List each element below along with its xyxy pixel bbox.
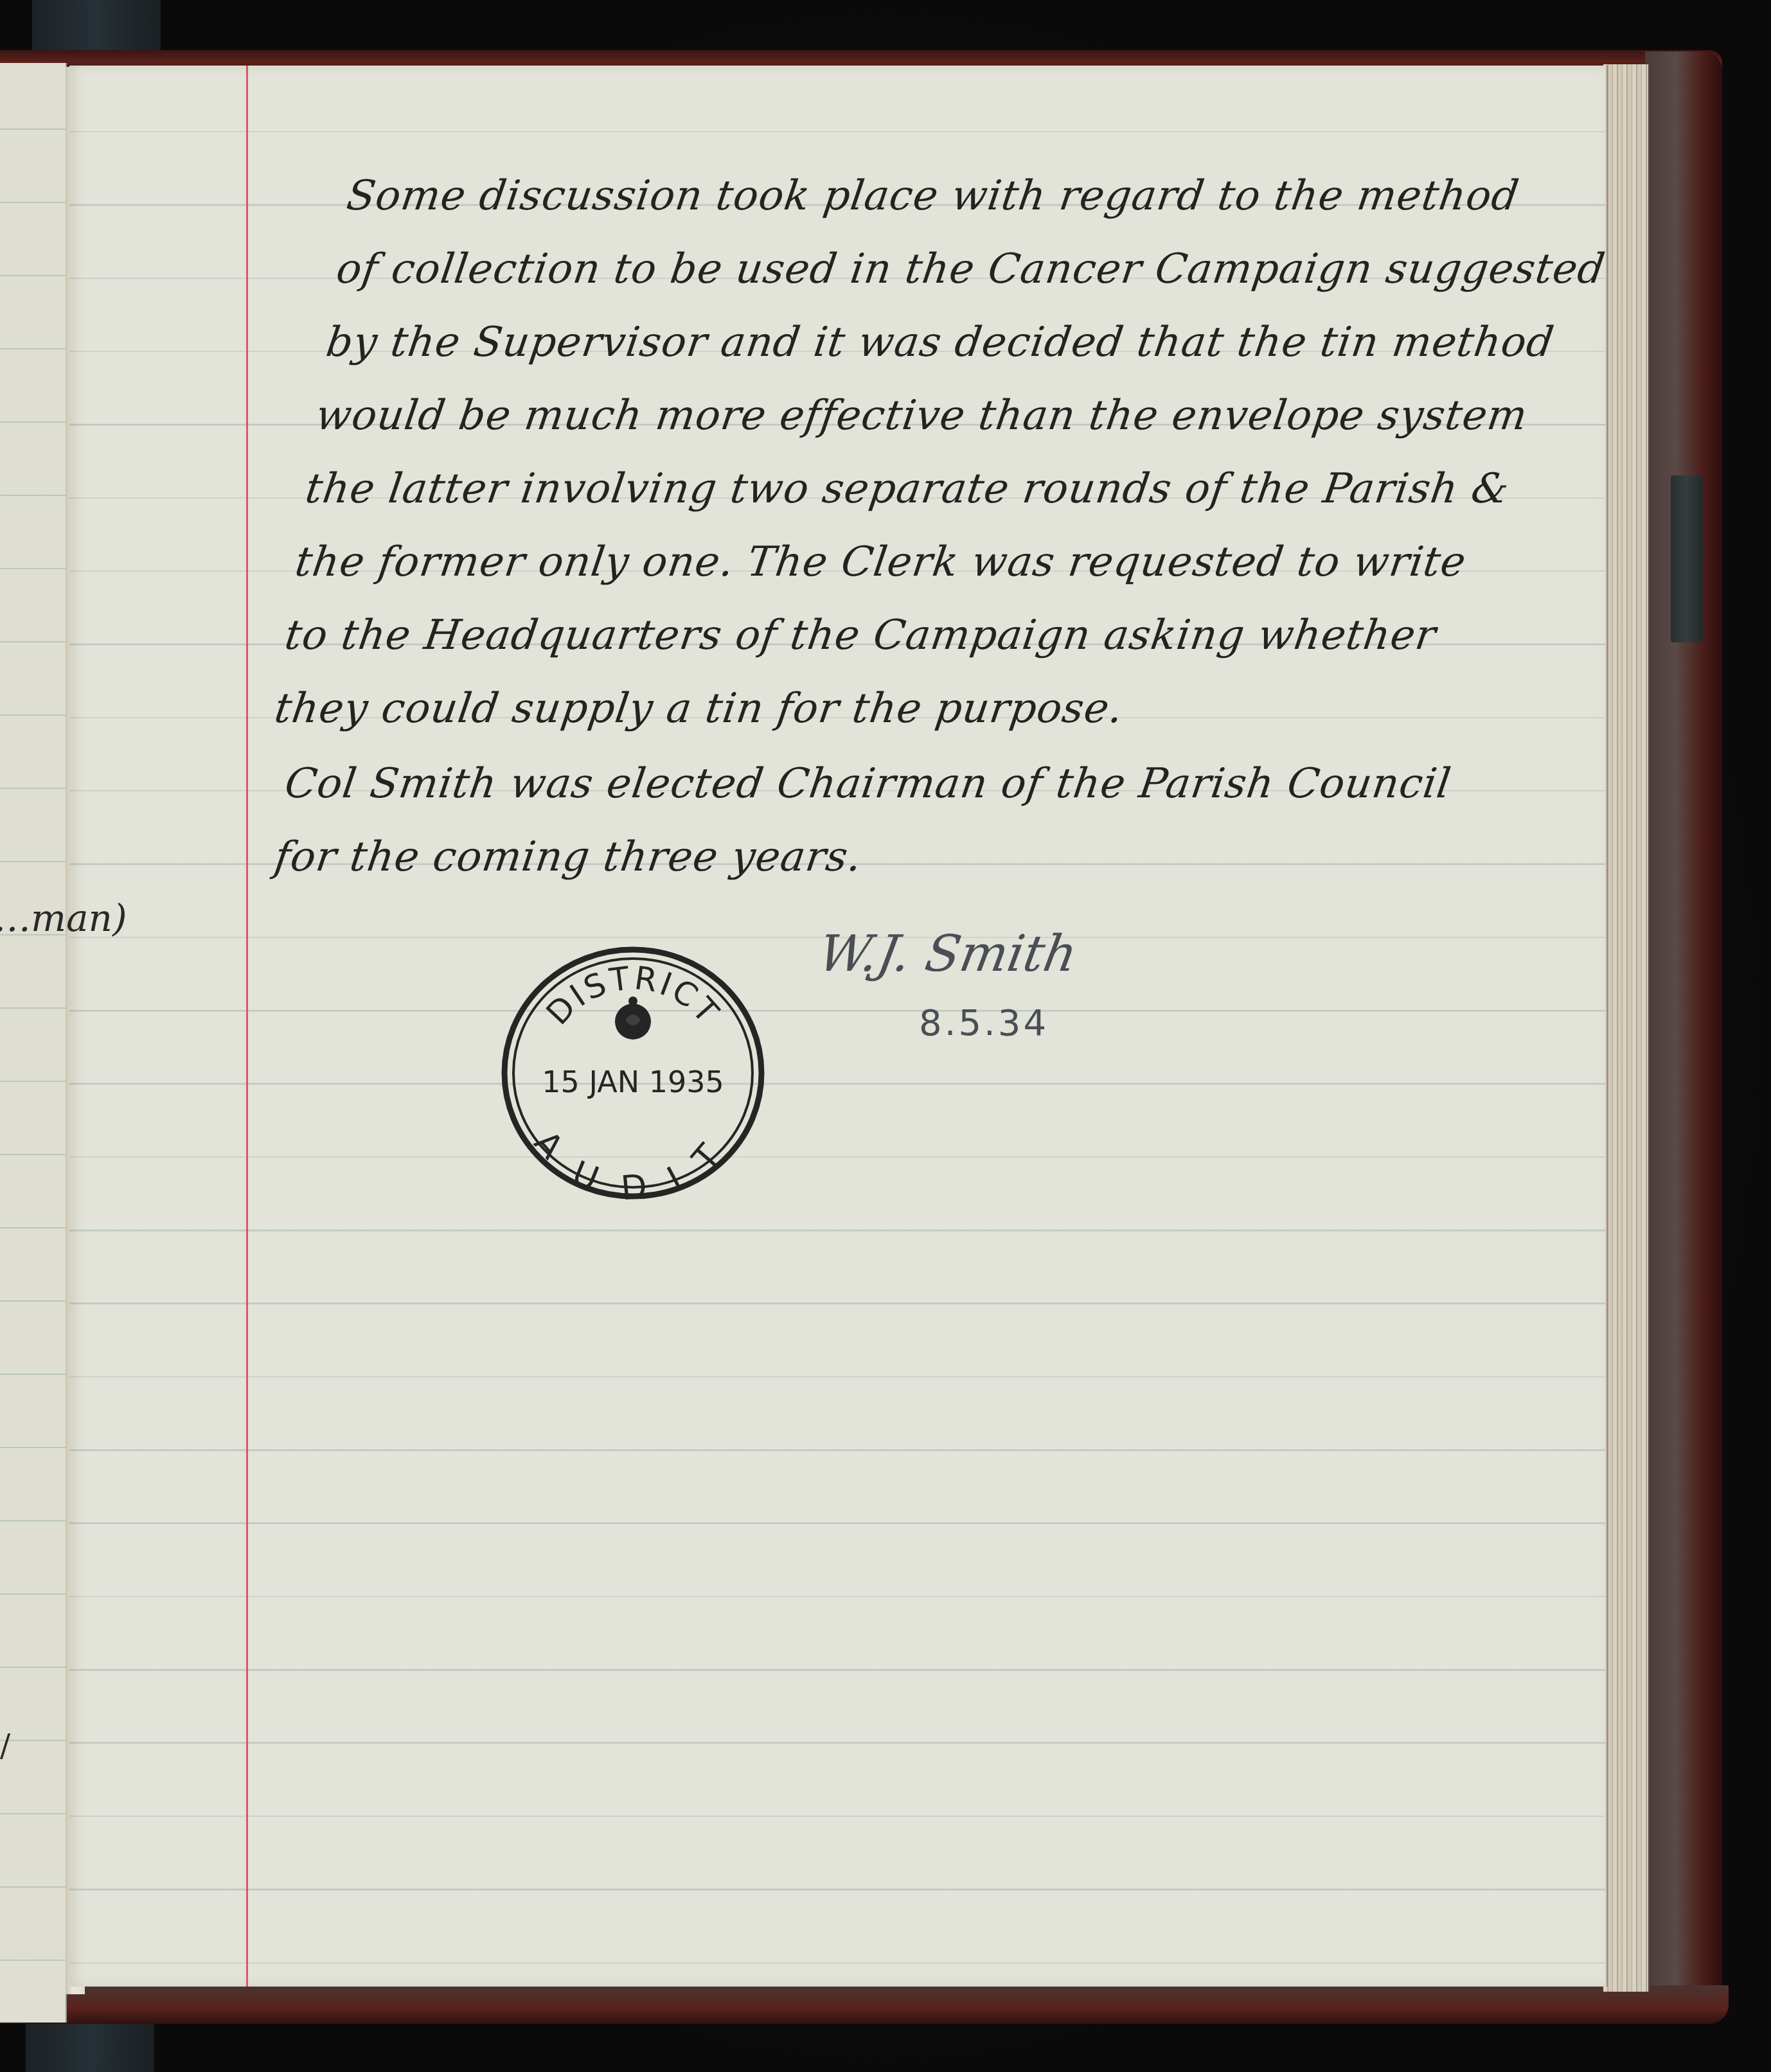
stamp-date: 15 JAN 1935 [542, 1065, 724, 1099]
entry-line: for the coming three years. [270, 820, 1446, 894]
right-edge-rule [1606, 66, 1608, 1987]
entry-line: by the Supervisor and it was decided tha… [321, 306, 1599, 379]
entry-line: would be much more effective than the en… [311, 379, 1589, 452]
book-cover-bottom-edge [0, 1985, 1729, 2024]
page-edge-stack [1603, 64, 1650, 1992]
entry-line: of collection to be used in the Cancer C… [332, 233, 1610, 306]
district-audit-stamp: DISTRICT AUDIT 15 JAN 1935 [498, 944, 768, 1201]
red-margin-rule [246, 66, 248, 1987]
crown-icon [615, 996, 651, 1040]
entry-line: Col Smith was elected Chairman of the Pa… [280, 747, 1456, 820]
entry-line: the latter involving two separate rounds… [301, 452, 1579, 526]
left-page-text-fragment: …man) [0, 896, 127, 940]
signature-date: 8.5.34 [919, 1002, 1049, 1044]
left-page-mark: / [0, 1728, 10, 1764]
book-cover-right-edge [1645, 51, 1722, 2024]
minute-entry-cancer-campaign: Some discussion took place with regard t… [270, 159, 1620, 745]
svg-text:AUDIT: AUDIT [526, 1124, 740, 1201]
entry-line: Some discussion took place with regard t… [342, 159, 1620, 233]
bookmark-ribbon [1671, 475, 1703, 642]
minute-entry-chairman-election: Col Smith was elected Chairman of the Pa… [270, 747, 1456, 894]
entry-line: the former only one. The Clerk was reque… [290, 526, 1569, 599]
book-spine-bottom [26, 2024, 154, 2072]
entry-line: they could supply a tin for the purpose. [270, 672, 1548, 745]
stamp-bottom-text: AUDIT [526, 1124, 740, 1201]
entry-line: to the Headquarters of the Campaign aski… [280, 599, 1558, 672]
signature: W.J. Smith [814, 925, 1081, 983]
